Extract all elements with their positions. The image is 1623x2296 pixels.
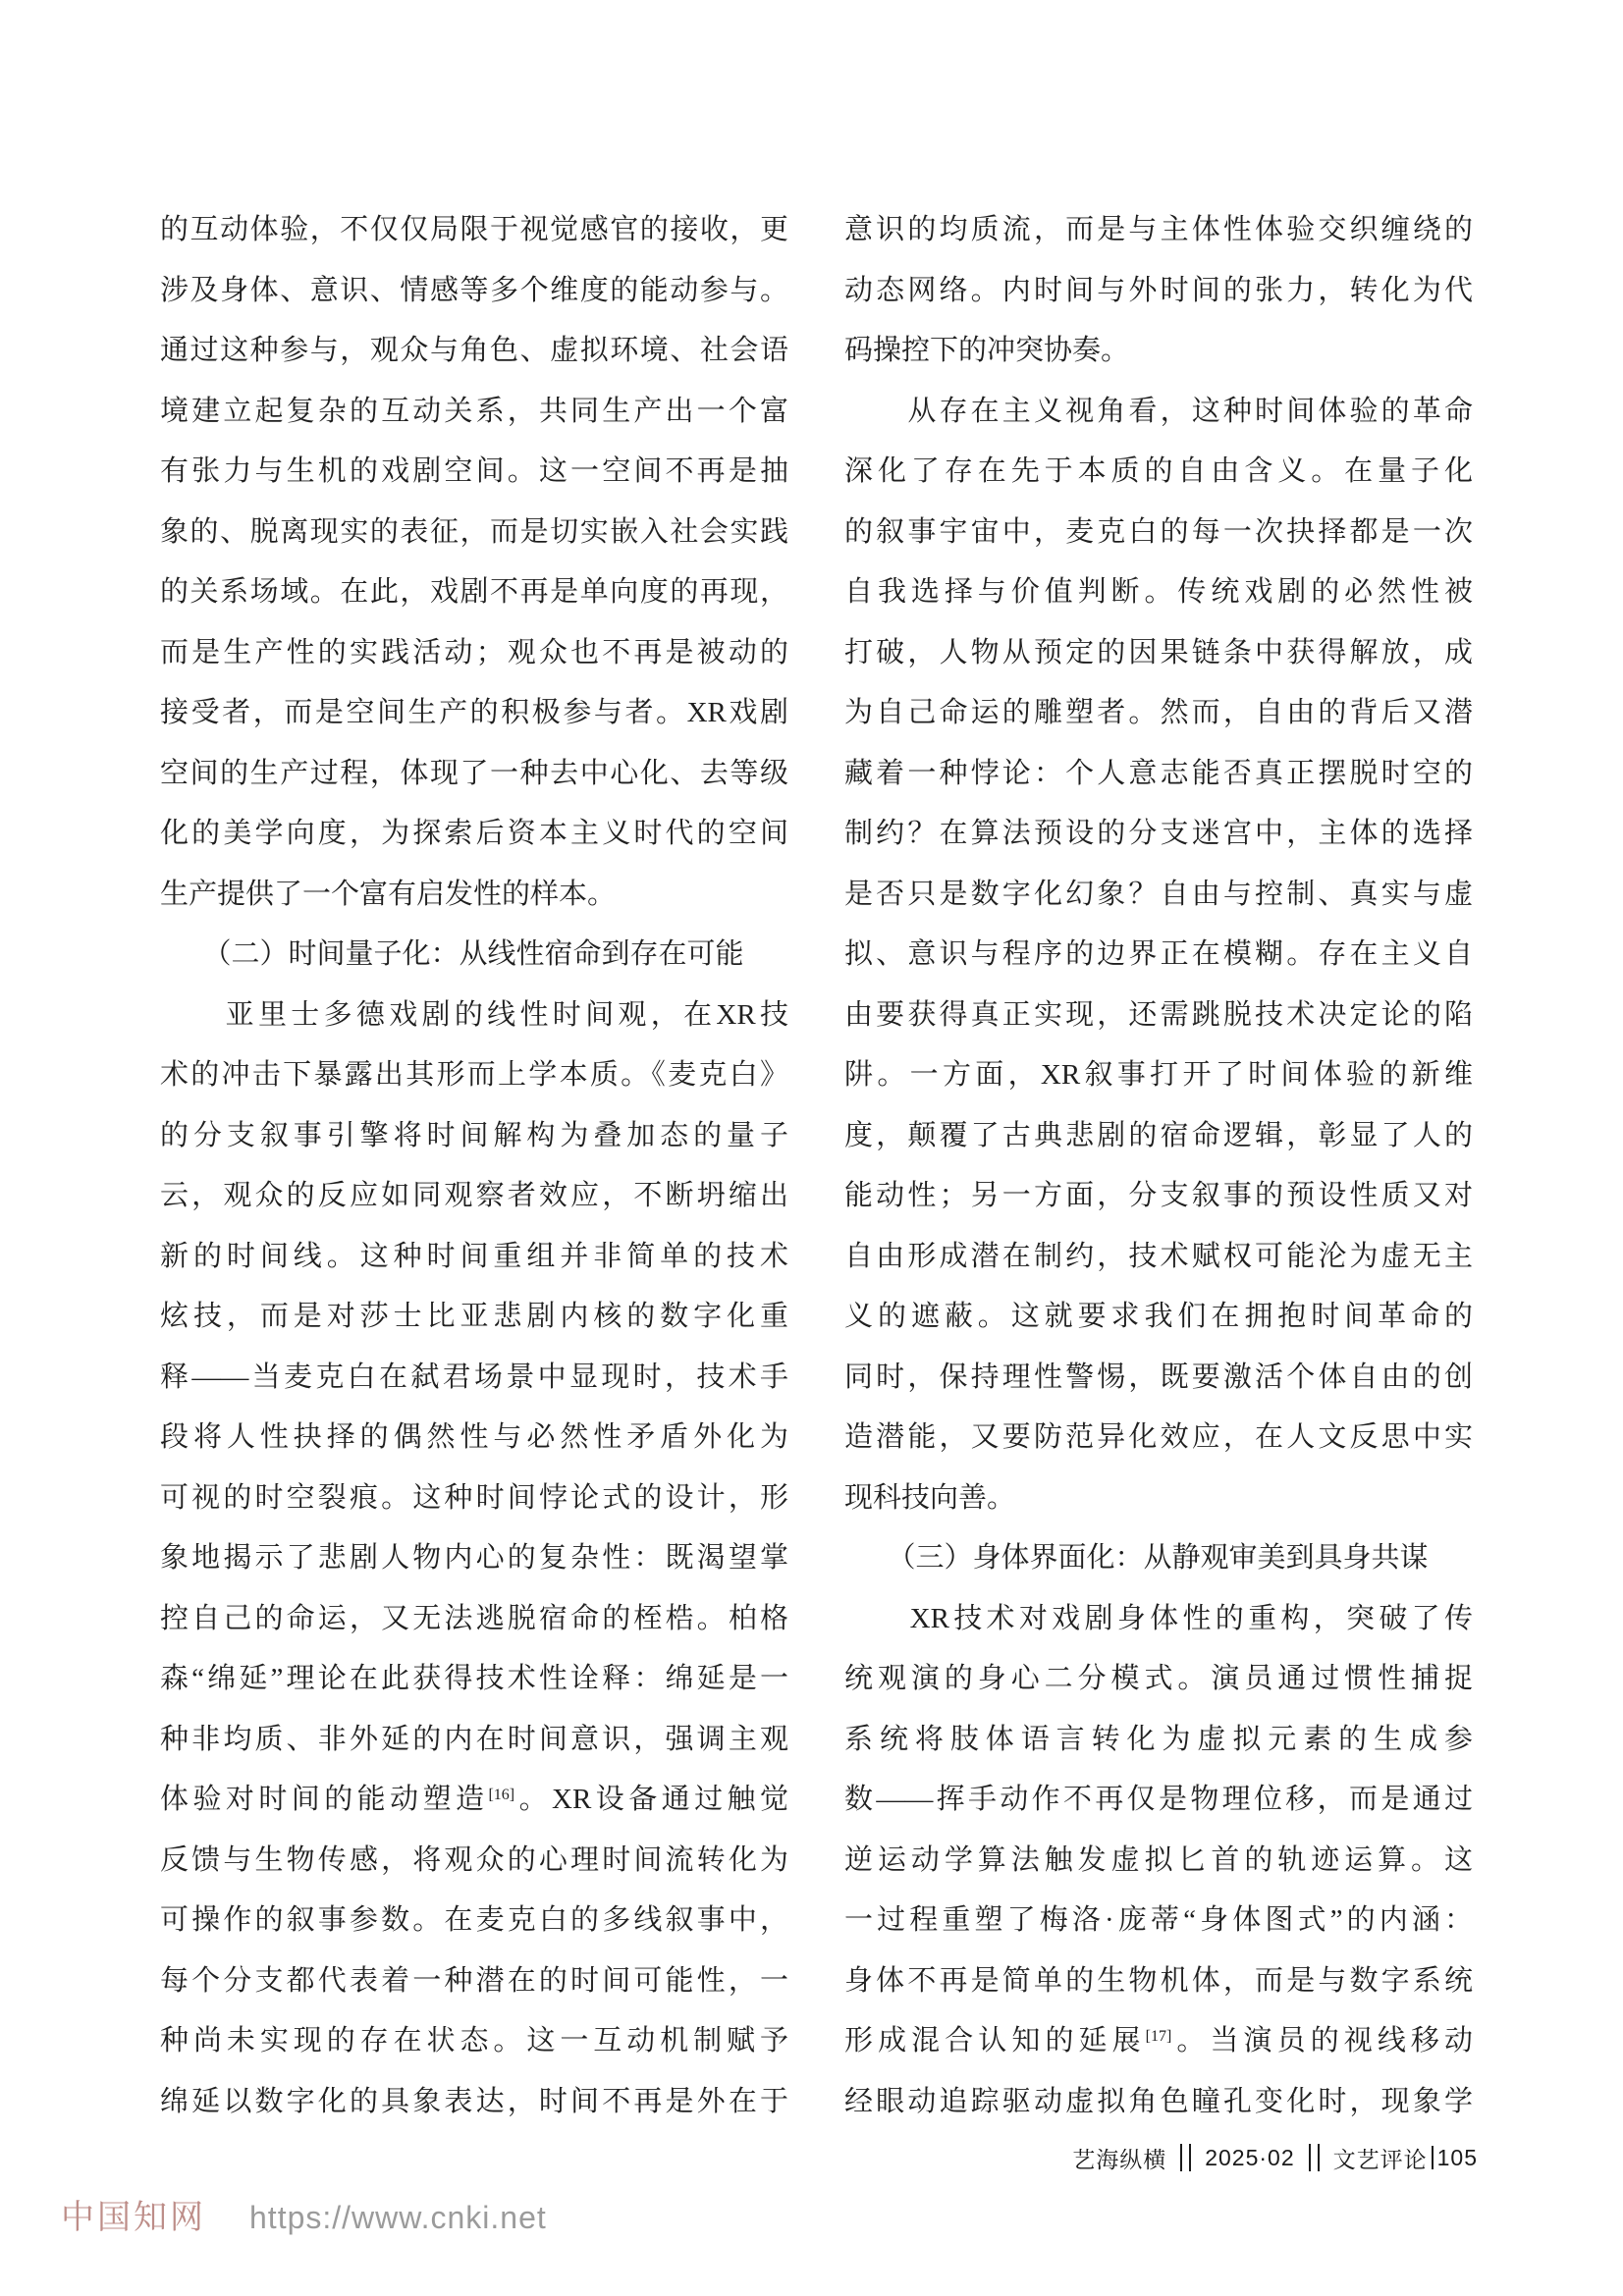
issue-number: 2025·02 xyxy=(1205,2145,1294,2171)
page-footer: 艺海纵横 2025·02 文艺评论 105 xyxy=(844,2141,1478,2174)
text-line: 的分支叙事引擎将时间解构为叠加态的量子 xyxy=(160,1106,788,1167)
text-line: 新的时间线。这种时间重组并非简单的技术 xyxy=(160,1227,788,1288)
footnote-ref: [16] xyxy=(488,1787,514,1803)
text-line: 种尚未实现的存在状态。这一互动机制赋予 xyxy=(160,2011,788,2072)
text-line: 形成混合认知的延展[17]。当演员的视线移动 xyxy=(844,2011,1473,2072)
text-line: 由要获得真正实现，还需跳脱技术决定论的陷 xyxy=(844,986,1473,1046)
text-line: 而是生产性的实践活动；观众也不再是被动的 xyxy=(160,623,788,684)
text-line: 系统将肢体语言转化为虚拟元素的生成参 xyxy=(844,1710,1473,1771)
double-bar-divider xyxy=(1309,2144,1320,2171)
cnki-site-name: 中国知网 xyxy=(61,2190,206,2238)
text-line: 码操控下的冲突协奏。 xyxy=(844,321,1473,382)
text-line: 从存在主义视角看，这种时间体验的革命 xyxy=(844,382,1473,443)
text-line: 象的、脱离现实的表征，而是切实嵌入社会实践 xyxy=(160,503,788,563)
paragraph: 亚里士多德戏剧的线性时间观，在XR技术的冲击下暴露出其形而上学本质。《麦克白》的… xyxy=(160,986,788,2133)
journal-name: 艺海纵横 xyxy=(1072,2142,1166,2174)
text-line: 云，观众的反应如同观察者效应，不断坍缩出 xyxy=(160,1166,788,1227)
text-line: 控自己的命运，又无法逃脱宿命的桎梏。柏格 xyxy=(160,1589,788,1650)
text-line: 是否只是数字化幻象？自由与控制、真实与虚 xyxy=(844,865,1473,926)
text-line: 体验对时间的能动塑造[16]。XR设备通过触觉 xyxy=(160,1770,788,1831)
text-line: 境建立起复杂的互动关系，共同生产出一个富 xyxy=(160,382,788,443)
left-column: 的互动体验，不仅仅局限于视觉感官的接收，更涉及身体、意识、情感等多个维度的能动参… xyxy=(160,200,788,2132)
text-line: 可视的时空裂痕。这种时间悖论式的设计，形 xyxy=(160,1468,788,1529)
text-line: 可操作的叙事参数。在麦克白的多线叙事中， xyxy=(160,1891,788,1951)
text-line: 涉及身体、意识、情感等多个维度的能动参与。 xyxy=(160,261,788,322)
text-line: 的互动体验，不仅仅局限于视觉感官的接收，更 xyxy=(160,200,788,261)
text-line: 释——当麦克白在弑君场景中显现时，技术手 xyxy=(160,1348,788,1409)
section-heading-paragraph: （二）时间量子化：从线性宿命到存在可能 xyxy=(160,925,788,986)
text-line: 的叙事宇宙中，麦克白的每一次抉择都是一次 xyxy=(844,503,1473,563)
text-line: 自由形成潜在制约，技术赋权可能沦为虚无主 xyxy=(844,1227,1473,1288)
paragraph: XR技术对戏剧身体性的重构，突破了传统观演的身心二分模式。演员通过惯性捕捉系统将… xyxy=(844,1589,1473,2133)
text-line: 拟、意识与程序的边界正在模糊。存在主义自 xyxy=(844,925,1473,986)
text-line: 生产提供了一个富有启发性的样本。 xyxy=(160,865,788,926)
text-line: 动态网络。内时间与外时间的张力，转化为代 xyxy=(844,261,1473,322)
text-line: 绵延以数字化的具象表达，时间不再是外在于 xyxy=(160,2072,788,2133)
text-line: 象地揭示了悲剧人物内心的复杂性：既渴望掌 xyxy=(160,1528,788,1589)
text-line: 森“绵延”理论在此获得技术性诠释：绵延是一 xyxy=(160,1649,788,1710)
text-line: 的关系场域。在此，戏剧不再是单向度的再现， xyxy=(160,562,788,623)
text-line: 炫技，而是对莎士比亚悲剧内核的数字化重 xyxy=(160,1287,788,1348)
single-bar-divider xyxy=(1432,2146,1434,2169)
footnote-ref: [17] xyxy=(1146,2028,1172,2045)
text-line: 数——挥手动作不再仅是物理位移，而是通过 xyxy=(844,1770,1473,1831)
right-column: 意识的均质流，而是与主体性体验交织缠绕的动态网络。内时间与外时间的张力，转化为代… xyxy=(844,200,1473,2132)
text-line: 同时，保持理性警惕，既要激活个体自由的创 xyxy=(844,1348,1473,1409)
text-line: 自我选择与价值判断。传统戏剧的必然性被 xyxy=(844,562,1473,623)
section-heading-paragraph: （三）身体界面化：从静观审美到具身共谋 xyxy=(844,1528,1473,1589)
text-line: 段将人性抉择的偶然性与必然性矛盾外化为 xyxy=(160,1408,788,1468)
section-name: 文艺评论 xyxy=(1333,2142,1428,2174)
cnki-watermark: 中国知网 https://www.cnki.net xyxy=(61,2190,547,2238)
double-bar-divider xyxy=(1180,2144,1191,2171)
text-line: 现科技向善。 xyxy=(844,1468,1473,1529)
text-line: 意识的均质流，而是与主体性体验交织缠绕的 xyxy=(844,200,1473,261)
text-line: 经眼动追踪驱动虚拟角色瞳孔变化时，现象学 xyxy=(844,2072,1473,2133)
text-line: 打破，人物从预定的因果链条中获得解放，成 xyxy=(844,623,1473,684)
text-line: 有张力与生机的戏剧空间。这一空间不再是抽 xyxy=(160,442,788,503)
text-line: 度，颠覆了古典悲剧的宿命逻辑，彰显了人的 xyxy=(844,1106,1473,1167)
text-line: 藏着一种悖论：个人意志能否真正摆脱时空的 xyxy=(844,744,1473,805)
text-line: 术的冲击下暴露出其形而上学本质。《麦克白》 xyxy=(160,1045,788,1106)
paragraph: 意识的均质流，而是与主体性体验交织缠绕的动态网络。内时间与外时间的张力，转化为代… xyxy=(844,200,1473,382)
section-heading: （二）时间量子化：从线性宿命到存在可能 xyxy=(160,925,788,986)
text-line: 通过这种参与，观众与角色、虚拟环境、社会语 xyxy=(160,321,788,382)
text-line: 每个分支都代表着一种潜在的时间可能性，一 xyxy=(160,1951,788,2012)
text-line: 种非均质、非外延的内在时间意识，强调主观 xyxy=(160,1710,788,1771)
text-line: XR技术对戏剧身体性的重构，突破了传 xyxy=(844,1589,1473,1650)
text-line: 身体不再是简单的生物机体，而是与数字系统 xyxy=(844,1951,1473,2012)
text-line: 义的遮蔽。这就要求我们在拥抱时间革命的 xyxy=(844,1287,1473,1348)
text-line: 一过程重塑了梅洛·庞蒂“身体图式”的内涵： xyxy=(844,1891,1473,1951)
text-line: 制约？在算法预设的分支迷宫中，主体的选择 xyxy=(844,804,1473,865)
text-line: 化的美学向度，为探索后资本主义时代的空间 xyxy=(160,804,788,865)
text-line: 逆运动学算法触发虚拟匕首的轨迹运算。这 xyxy=(844,1831,1473,1892)
text-line: 为自己命运的雕塑者。然而，自由的背后又潜 xyxy=(844,683,1473,744)
text-line: 阱。一方面，XR叙事打开了时间体验的新维 xyxy=(844,1045,1473,1106)
text-line: 造潜能，又要防范异化效应，在人文反思中实 xyxy=(844,1408,1473,1468)
page-number: 105 xyxy=(1437,2145,1478,2171)
text-line: 深化了存在先于本质的自由含义。在量子化 xyxy=(844,442,1473,503)
text-line: 反馈与生物传感，将观众的心理时间流转化为 xyxy=(160,1831,788,1892)
text-line: 统观演的身心二分模式。演员通过惯性捕捉 xyxy=(844,1649,1473,1710)
paragraph: 从存在主义视角看，这种时间体验的革命深化了存在先于本质的自由含义。在量子化的叙事… xyxy=(844,382,1473,1529)
text-line: 接受者，而是空间生产的积极参与者。XR戏剧 xyxy=(160,683,788,744)
cnki-site-url: https://www.cnki.net xyxy=(249,2200,547,2236)
section-heading: （三）身体界面化：从静观审美到具身共谋 xyxy=(844,1528,1473,1589)
text-line: 空间的生产过程，体现了一种去中心化、去等级 xyxy=(160,744,788,805)
text-line: 能动性；另一方面，分支叙事的预设性质又对 xyxy=(844,1166,1473,1227)
text-line: 亚里士多德戏剧的线性时间观，在XR技 xyxy=(160,986,788,1046)
paragraph: 的互动体验，不仅仅局限于视觉感官的接收，更涉及身体、意识、情感等多个维度的能动参… xyxy=(160,200,788,925)
